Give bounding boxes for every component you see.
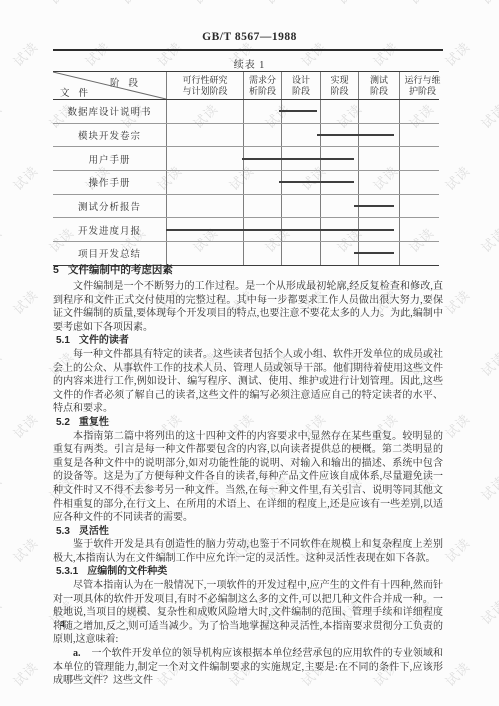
section-title: 应编制的文件种类 [87,566,167,577]
table-row: 用户手册 [53,147,439,171]
table-row: 操作手册 [53,171,439,195]
table-cell [399,171,445,194]
column-header-requirements: 需求分 析阶段 [243,72,281,99]
section-heading-5-2: 5.2重复性 [53,416,443,430]
table-cell [320,242,358,265]
column-header-testing: 测试 阶段 [358,72,399,99]
section-heading-5: 5文件编制中的考虑因素 [53,263,443,277]
list-marker: a. [73,648,81,659]
section-number: 5.3 [56,526,70,537]
watermark-text: 试读 [440,657,473,690]
watermark-text: 试读 [8,285,41,318]
column-header-line: 测试 [370,75,388,86]
column-header-line: 可行性研究 [182,75,227,86]
row-label: 项目开发总结 [53,242,166,265]
table-cell [243,171,281,194]
section-heading-5-1: 5.1文件的读者 [53,334,443,348]
section-title: 文件的读者 [79,335,129,346]
watermark-text: 试读 [8,161,41,194]
watermark-text: 试读 [0,595,6,628]
table-cell [399,218,445,241]
watermark-text: 试读 [44,0,77,8]
table-cell [281,124,320,147]
column-header-line: 与计划阶段 [182,86,227,97]
column-header-design: 设计 阶段 [281,72,320,99]
watermark-text: 试读 [188,0,221,8]
table-cell [399,195,445,218]
body-content: 5文件编制中的考虑因素 文件编制是一个不断努力的工作过程。是一个从形成最初轮廓,… [53,263,443,688]
corner-file-label: 文件 [60,85,97,99]
watermark-text: 试读 [476,471,499,504]
table-cell [166,195,243,218]
table-row: 模块开发卷宗 [53,124,439,148]
section-title: 重复性 [79,417,109,428]
column-header-maintenance: 运行与维 护阶段 [399,72,445,99]
paragraph-5: 文件编制是一个不断努力的工作过程。是一个从形成最初轮廓,经反复检查和修改,直到程… [53,280,443,334]
header-rule [53,49,443,51]
table-cell [243,100,281,123]
list-text: 一个软件开发单位的领导机构应该根据本单位经营承包的应用软件的专业领域和本单位的管… [53,648,443,686]
watermark-text: 试读 [8,533,41,566]
table-caption: 续表 1 [0,56,499,71]
watermark-text: 试读 [440,285,473,318]
watermark-text: 试读 [440,533,473,566]
table-cell [358,100,399,123]
paragraph-5-3-1: 尽管本指南认为在一般情况下,一项软件的开发过程中,应产生的文件有十四种,然而针对… [53,579,443,647]
section-number: 5 [53,264,59,276]
column-header-line: 护阶段 [409,86,436,97]
watermark-text: 试读 [476,99,499,132]
list-item-a: a.一个软件开发单位的领导机构应该根据本单位经营承包的应用软件的专业领域和本单位… [53,647,443,688]
column-header-implementation: 实现 阶段 [320,72,358,99]
watermark-text: 试读 [0,471,6,504]
watermark-text: 试读 [0,99,6,132]
table-cell [320,195,358,218]
table-cell [399,242,445,265]
paragraph-5-3: 鉴于软件开发是具有创造性的脑力劳动,也鉴于不同软件在规模上和复杂程度上差别极大,… [53,538,443,565]
section-number: 5.1 [56,335,70,346]
row-label: 操作手册 [53,171,166,194]
column-header-line: 需求分 [249,75,276,86]
column-header-feasibility: 可行性研究 与计划阶段 [166,72,243,99]
section-heading-5-3: 5.3灵活性 [53,525,443,539]
diagonal-header-cell: 阶段 文件 [53,72,166,99]
table-row: 测试分析报告 [53,195,439,219]
column-header-line: 设计 [292,75,310,86]
phase-table-header: 阶段 文件 可行性研究 与计划阶段 需求分 析阶段 设计 阶段 实现 阶段 测试… [53,72,439,100]
table-cell [281,242,320,265]
row-label: 数据库设计说明书 [53,100,166,123]
table-row: 开发进度月报 [53,218,439,242]
table-cell [166,124,243,147]
watermark-text: 试读 [0,347,6,380]
phase-bar [354,205,394,207]
table-cell [399,124,445,147]
page-number: 4 [60,620,65,630]
table-cell [166,242,243,265]
paragraph-5-2: 本指南第二篇中将列出的这十四种文件的内容要求中,显然存在某些重复。较明显的重复有… [53,430,443,525]
section-number: 5.2 [56,417,70,428]
document-page: 试读试读试读试读试读试读试读试读试读试读试读试读试读试读试读试读试读试读试读试读… [0,0,499,706]
watermark-text: 试读 [404,0,437,8]
watermark-text: 试读 [476,0,499,8]
table-cell [320,100,358,123]
table-cell [399,100,445,123]
watermark-text: 试读 [476,595,499,628]
column-header-line: 阶段 [370,86,388,97]
section-title: 灵活性 [79,526,109,537]
phase-bar [166,229,394,231]
section-title: 文件编制中的考虑因素 [68,264,173,276]
watermark-text: 试读 [260,0,293,8]
table-cell [166,171,243,194]
column-header-line: 阶段 [330,86,348,97]
table-cell [399,147,445,170]
phase-bar [317,134,394,136]
phase-table: 阶段 文件 可行性研究 与计划阶段 需求分 析阶段 设计 阶段 实现 阶段 测试… [53,71,439,266]
table-cell [243,195,281,218]
row-label: 开发进度月报 [53,218,166,241]
watermark-text: 试读 [476,223,499,256]
table-cell [166,100,243,123]
phase-bar [279,181,354,183]
phase-bar [242,158,354,160]
row-label: 用户手册 [53,147,166,170]
column-header-line: 析阶段 [249,86,276,97]
table-cell [166,147,243,170]
watermark-text: 试读 [116,0,149,8]
table-row: 数据库设计说明书 [53,100,439,124]
table-cell [243,242,281,265]
paragraph-5-1: 每一种文件都具有特定的读者。这些读者包括个人或小组、软件开发单位的成员或社会上的… [53,348,443,416]
section-number: 5.3.1 [56,566,78,577]
column-header-line: 阶段 [292,86,310,97]
table-cell [243,124,281,147]
watermark-text: 试读 [8,657,41,690]
watermark-text: 试读 [476,347,499,380]
standard-code: GB/T 8567—1988 [0,31,499,43]
watermark-text: 试读 [332,0,365,8]
table-cell [281,195,320,218]
row-label: 测试分析报告 [53,195,166,218]
watermark-text: 试读 [440,409,473,442]
table-cell [358,171,399,194]
column-header-line: 运行与维 [404,75,440,86]
section-heading-5-3-1: 5.3.1应编制的文件种类 [53,565,443,579]
watermark-text: 试读 [8,409,41,442]
phase-bar [279,110,317,112]
watermark-text: 试读 [0,223,6,256]
column-header-line: 实现 [330,75,348,86]
table-cell [358,147,399,170]
watermark-text: 试读 [0,0,6,8]
corner-stage-label: 阶段 [110,75,147,89]
phase-bar [354,252,394,254]
row-label: 模块开发卷宗 [53,124,166,147]
phase-table-body: 数据库设计说明书模块开发卷宗用户手册操作手册测试分析报告开发进度月报项目开发总结 [53,100,439,266]
watermark-text: 试读 [440,161,473,194]
